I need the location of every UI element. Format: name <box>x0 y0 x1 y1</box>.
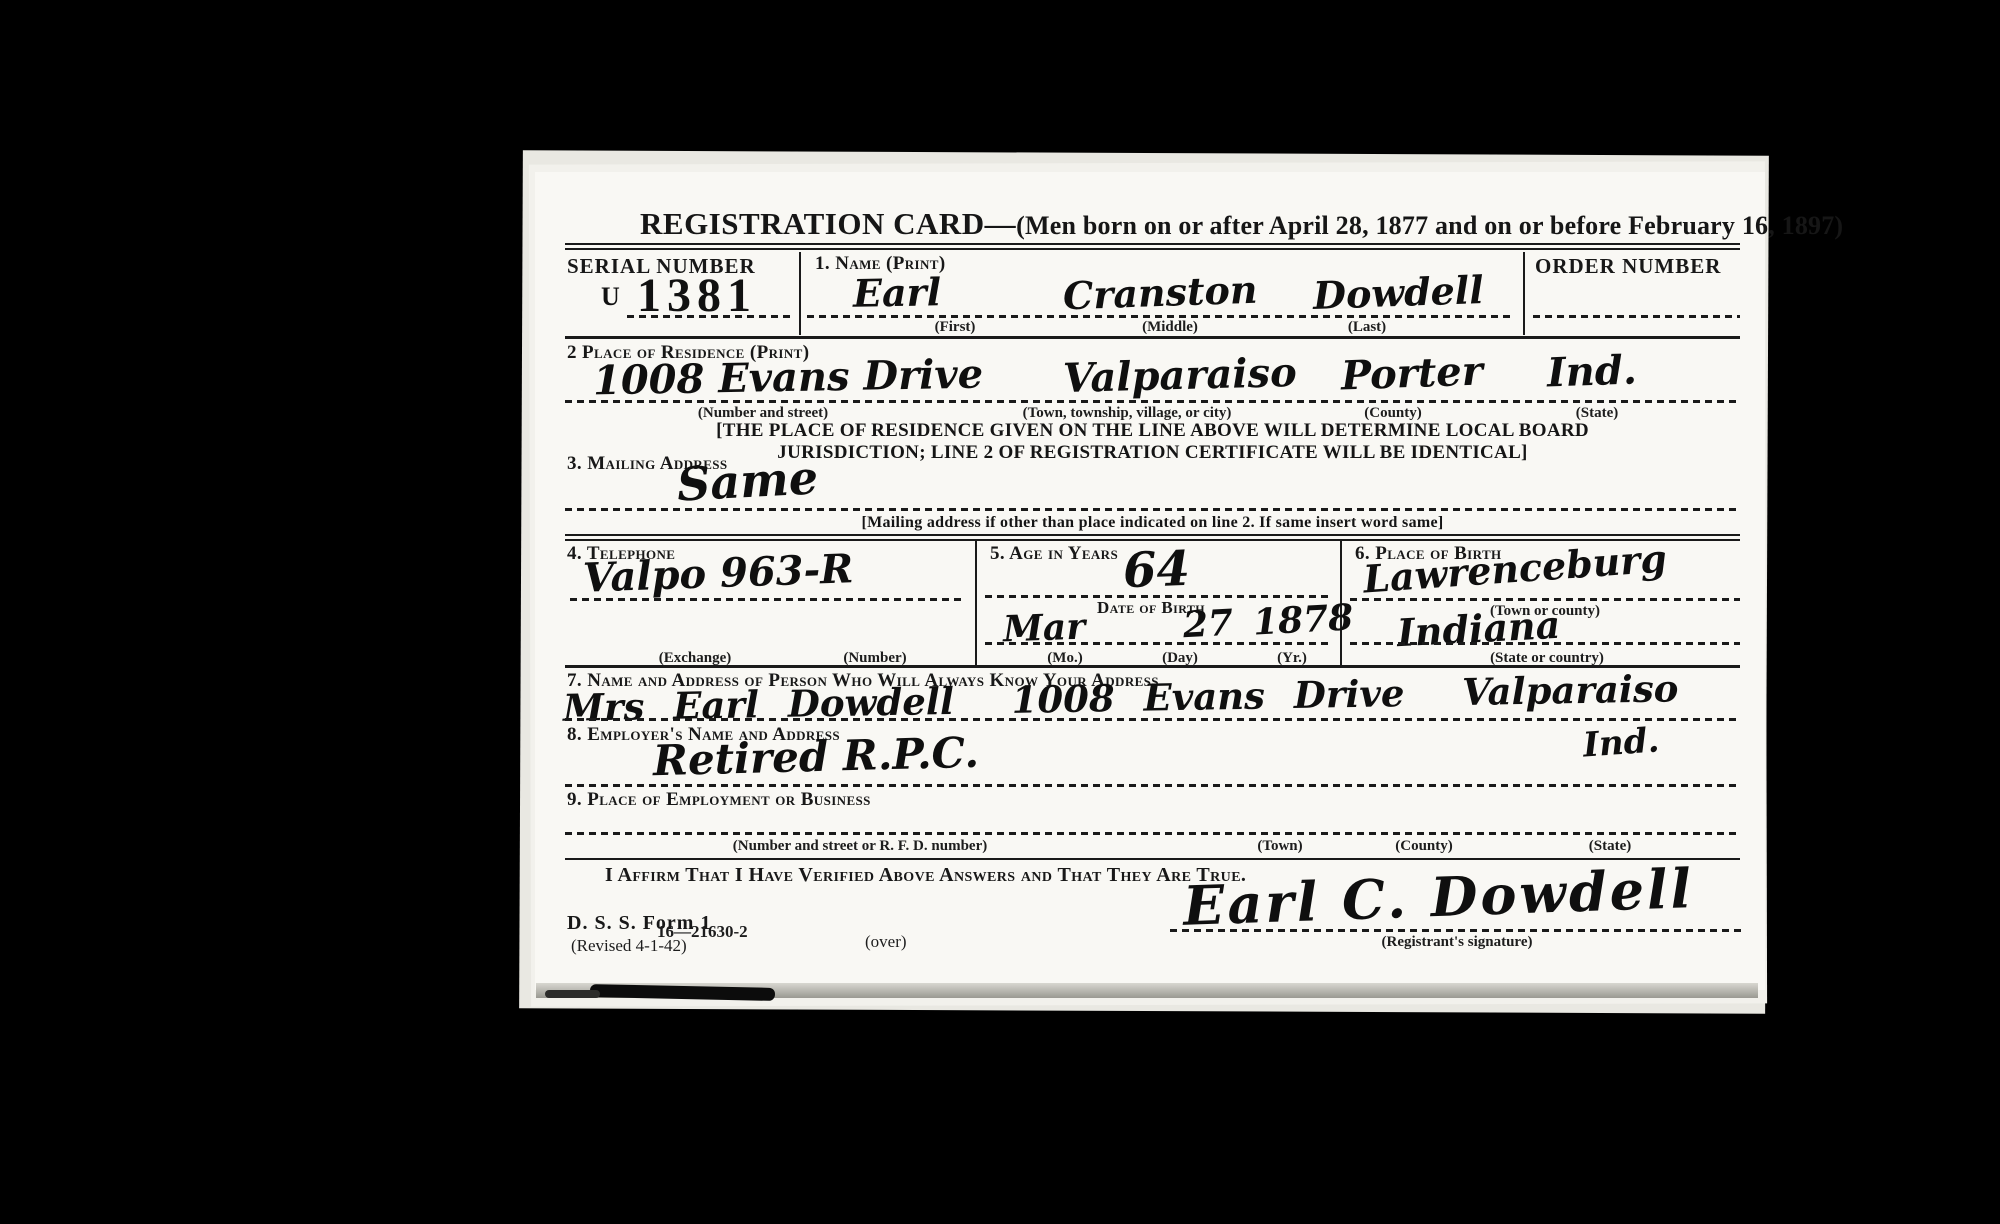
handwritten-residence-town: Valparaiso <box>1063 353 1298 399</box>
scan-background: REGISTRATION CARD—(Men born on or after … <box>0 0 2000 1224</box>
dotted-fill-line <box>565 718 1740 721</box>
handwritten-telephone: Valpo 963-R <box>582 549 854 598</box>
dotted-fill-line <box>570 598 965 601</box>
employment-town-sublabel: (Town) <box>1257 838 1302 855</box>
handwritten-dob-day: 27 <box>1182 605 1234 644</box>
card-title-paren: (Men born on or after April 28, 1877 and… <box>1016 211 1843 240</box>
dotted-fill-line <box>1350 598 1740 601</box>
handwritten-dob-year: 1878 <box>1252 599 1354 640</box>
card-title-lead: REGISTRATION CARD— <box>640 206 1016 241</box>
scan-smudge-2 <box>545 990 600 998</box>
dotted-fill-line <box>1533 315 1740 318</box>
employment-state-sublabel: (State) <box>1589 838 1631 855</box>
dotted-fill-line <box>565 508 1740 511</box>
dotted-fill-line <box>807 315 1512 318</box>
title-double-rule <box>565 243 1740 250</box>
employment-county-sublabel: (County) <box>1395 838 1453 855</box>
handwritten-birth-state: Indiana <box>1396 606 1561 652</box>
handwritten-signature: Earl C. Dowdell <box>1182 861 1695 933</box>
jurisdiction-notice-line1: [THE PLACE OF RESIDENCE GIVEN ON THE LIN… <box>565 420 1740 442</box>
over-note: (over) <box>865 932 907 952</box>
dotted-fill-line <box>565 400 1740 403</box>
handwritten-middle-name: Cranston <box>1062 271 1258 316</box>
employment-street-sublabel: (Number and street or R. F. D. number) <box>733 838 987 855</box>
handwritten-mailing-address: Same <box>676 454 819 507</box>
column-divider <box>799 252 801 335</box>
order-number-label: Order Number <box>1535 254 1721 279</box>
serial-prefix: U <box>601 282 620 312</box>
first-sublabel: (First) <box>935 319 976 336</box>
employment-place-label: 9. Place of Employment or Business <box>567 789 871 811</box>
handwritten-residence-street: 1008 Evans Drive <box>593 355 984 402</box>
registration-card: REGISTRATION CARD—(Men born on or after … <box>535 172 1765 990</box>
mailing-sublabel: [Mailing address if other than place ind… <box>565 514 1740 532</box>
registrant-signature-sublabel: (Registrant's signature) <box>1382 934 1533 951</box>
affirmation-text: I Affirm That I Have Verified Above Answ… <box>605 864 1246 887</box>
handwritten-contact-state-overflow: Ind. <box>1582 723 1660 762</box>
print-code: 16—21630-2 <box>657 922 748 942</box>
handwritten-last-name: Dowdell <box>1312 271 1484 315</box>
dotted-fill-line <box>565 784 1740 787</box>
dotted-signature-line <box>1170 929 1742 932</box>
handwritten-first-name: Earl <box>853 273 942 313</box>
section-double-rule <box>565 534 1740 541</box>
dotted-fill-line <box>985 642 1333 645</box>
dotted-fill-line <box>627 315 792 318</box>
handwritten-employer: Retired R.P.C. <box>653 732 980 783</box>
last-sublabel: (Last) <box>1348 319 1386 336</box>
dotted-fill-line <box>565 832 1740 835</box>
middle-sublabel: (Middle) <box>1142 319 1198 336</box>
dotted-fill-line <box>1350 642 1740 645</box>
handwritten-age: 64 <box>1122 545 1190 595</box>
section-rule <box>565 336 1740 339</box>
handwritten-residence-state: Ind. <box>1546 350 1637 393</box>
column-divider <box>975 541 977 665</box>
handwritten-residence-county: Porter <box>1340 352 1483 397</box>
card-title: REGISTRATION CARD—(Men born on or after … <box>640 206 1843 242</box>
column-divider <box>1523 252 1525 335</box>
age-label: 5. Age in Years <box>990 543 1118 565</box>
